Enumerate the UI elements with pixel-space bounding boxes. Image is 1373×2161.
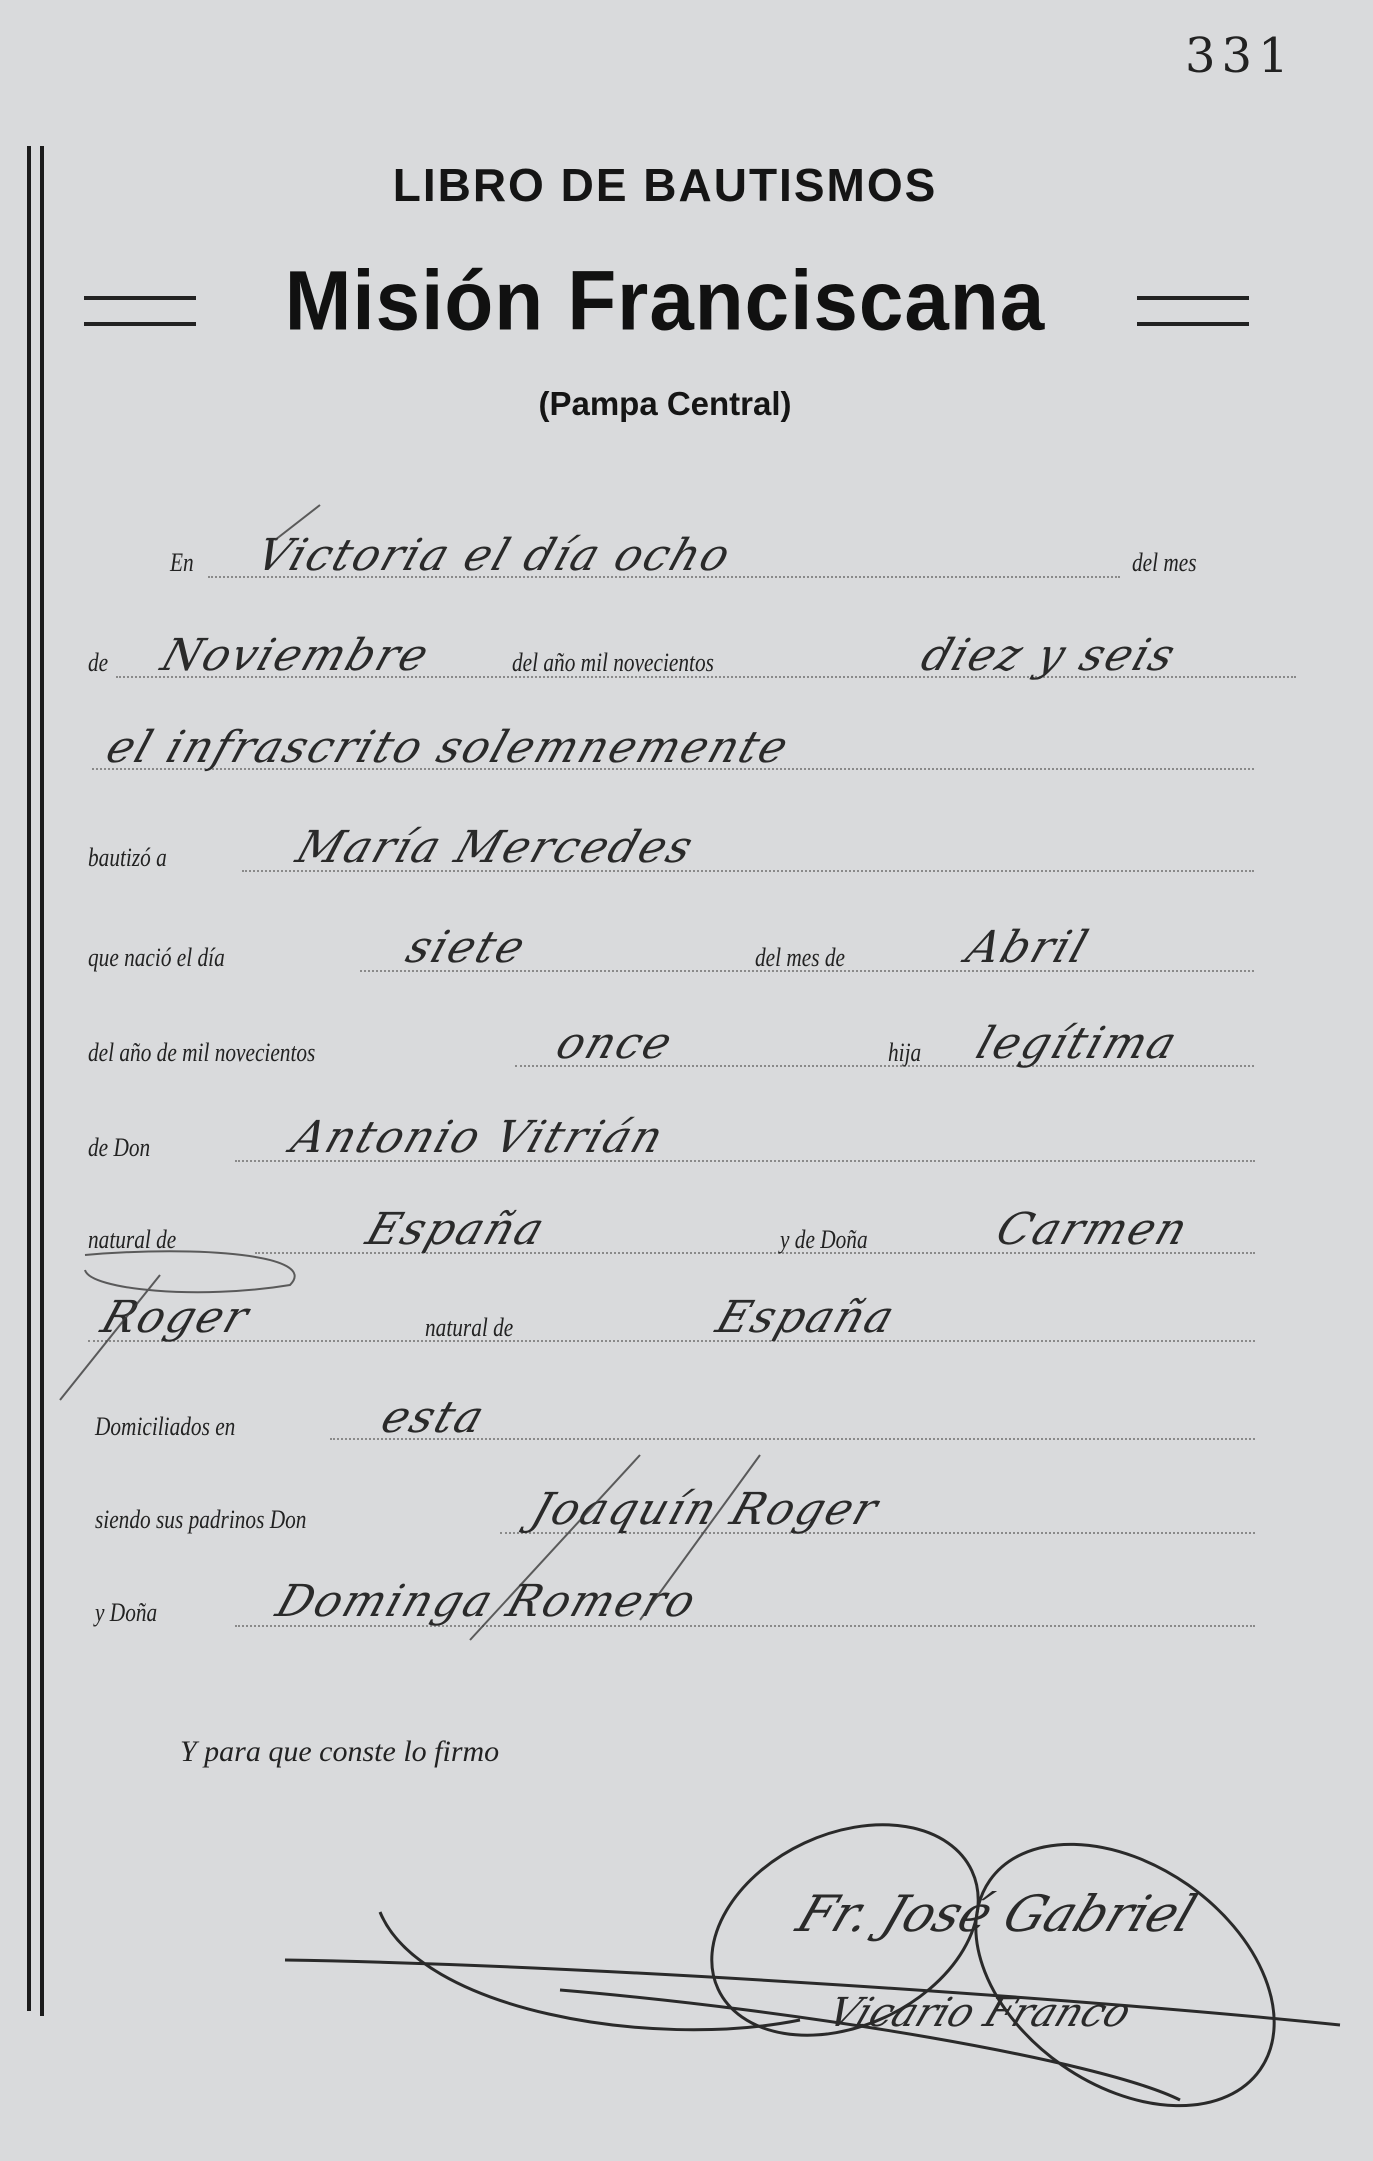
label-de-don: de Don bbox=[88, 1133, 150, 1163]
closing-statement: Y para que conste lo firmo bbox=[180, 1735, 499, 1769]
handwritten-officiant: el infrascrito solemnemente bbox=[100, 722, 796, 773]
handwritten-mother-surname: Roger bbox=[95, 1292, 256, 1343]
label-hija: hija bbox=[888, 1038, 921, 1068]
handwritten-birth-year: once bbox=[550, 1018, 680, 1069]
handwritten-year: diez y seis bbox=[915, 630, 1183, 681]
handwritten-birth-month: Abril bbox=[960, 922, 1096, 973]
handwritten-place-day: Victoria el día ocho bbox=[250, 530, 738, 581]
label-en: En bbox=[170, 548, 194, 578]
signature-title: Vicario Franco bbox=[822, 1990, 1138, 2036]
handwritten-birth-day: siete bbox=[400, 922, 533, 973]
title-rule-right bbox=[1137, 296, 1249, 326]
label-y-de-dona: y de Doña bbox=[780, 1225, 868, 1255]
label-natural-de-2: natural de bbox=[425, 1313, 513, 1343]
label-que-nacio: que nació el día bbox=[88, 943, 225, 973]
mission-title: Misión Franciscana bbox=[0, 253, 1330, 350]
label-de: de bbox=[88, 648, 108, 678]
handwritten-month: Noviembre bbox=[155, 630, 436, 681]
label-y-dona: y Doña bbox=[95, 1598, 157, 1628]
book-title: LIBRO DE BAUTISMOS bbox=[0, 158, 1330, 212]
label-padrinos: siendo sus padrinos Don bbox=[95, 1505, 306, 1535]
margin-rule-right bbox=[40, 146, 44, 2016]
label-del-mes-de: del mes de bbox=[755, 943, 845, 973]
handwritten-mother-name: Carmen bbox=[990, 1204, 1196, 1255]
fill-line bbox=[88, 1340, 1255, 1342]
label-del-ano-de: del año de mil novecientos bbox=[88, 1038, 315, 1068]
label-natural-de: natural de bbox=[88, 1225, 176, 1255]
handwritten-godfather: Joaquín Roger bbox=[525, 1484, 886, 1535]
handwritten-father-origin: España bbox=[360, 1204, 552, 1255]
page-number: 331 bbox=[1185, 28, 1295, 84]
handwritten-residence: esta bbox=[375, 1392, 492, 1443]
handwritten-mother-origin: España bbox=[710, 1292, 902, 1343]
margin-rule-left bbox=[27, 146, 31, 2011]
label-del-ano: del año mil novecientos bbox=[512, 648, 714, 678]
label-domiciliados: Domiciliados en bbox=[95, 1412, 235, 1442]
signature-name: Fr. José Gabriel bbox=[789, 1885, 1204, 1943]
handwritten-godmother: Dominga Romero bbox=[270, 1576, 704, 1627]
region-subtitle: (Pampa Central) bbox=[0, 385, 1330, 423]
label-bautizo: bautizó a bbox=[88, 843, 167, 873]
label-del-mes: del mes bbox=[1132, 548, 1197, 578]
handwritten-child-name: María Mercedes bbox=[290, 822, 701, 873]
handwritten-father-name: Antonio Vitrián bbox=[285, 1112, 671, 1163]
handwritten-legitimacy: legítima bbox=[970, 1018, 1185, 1069]
